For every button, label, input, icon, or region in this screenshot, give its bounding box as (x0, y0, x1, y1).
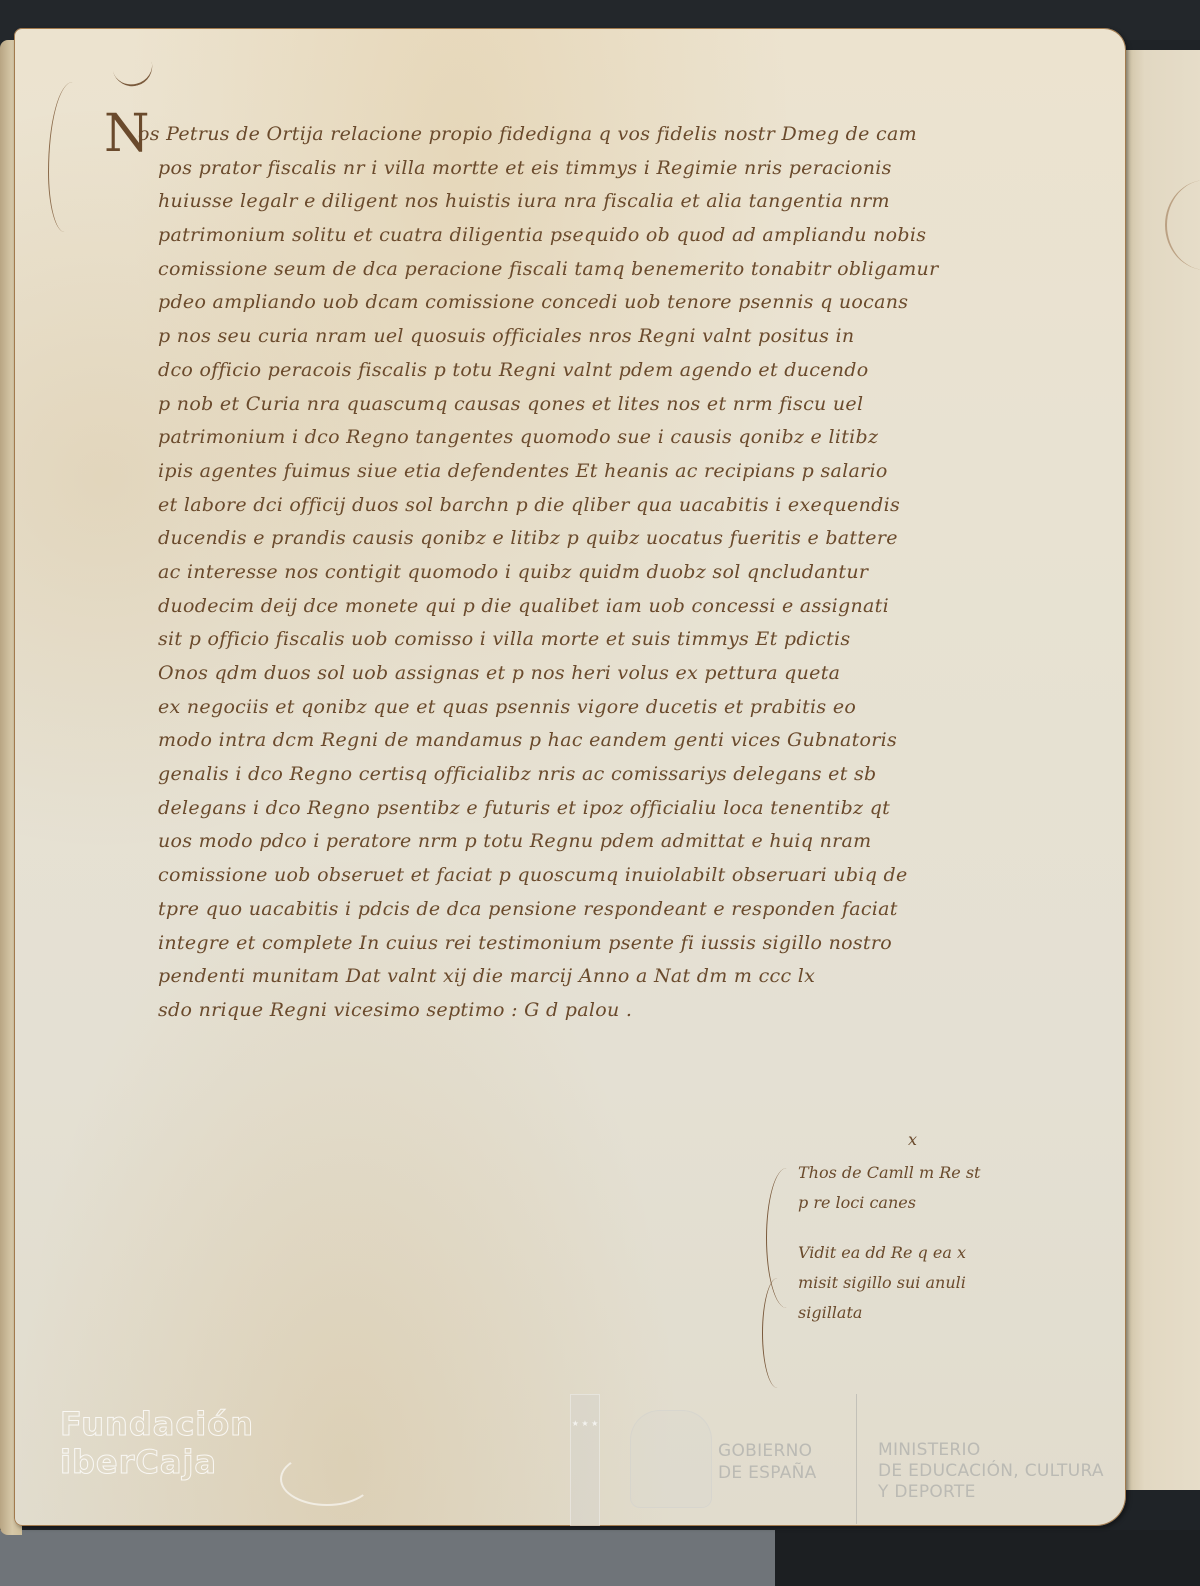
subscription-line: misit sigillo sui anuli (798, 1268, 1098, 1298)
illuminated-initial: N (104, 104, 150, 164)
ministerio-watermark: MINISTERIO DE EDUCACIÓN, CULTURA Y DEPOR… (878, 1440, 1104, 1503)
watermark-divider (856, 1394, 857, 1524)
text-line: os Petrus de Ortija relacione propio fid… (110, 118, 1110, 152)
text-line: ex negociis et qonibz que et quas psenni… (110, 691, 1110, 725)
text-line: duodecim deij dce monete qui p die quali… (110, 590, 1110, 624)
fundacion-ibercaja-watermark: Fundación iberCaja (60, 1405, 254, 1481)
text-line: ac interesse nos contigit quomodo i quib… (110, 556, 1110, 590)
text-line: huiusse legalr e diligent nos huistis iu… (110, 185, 1110, 219)
watermark-line: Fundación (60, 1405, 254, 1443)
watermark-line: DE ESPAÑA (718, 1462, 817, 1484)
text-line: uos modo pdco i peratore nrm p totu Regn… (110, 825, 1110, 859)
subscription-line: p re loci canes (798, 1188, 1098, 1218)
background-dark-surface (775, 1530, 1200, 1586)
text-line: tpre quo uacabitis i pdcis de dca pensio… (110, 893, 1110, 927)
text-line: pos prator fiscalis nr i villa mortte et… (110, 152, 1110, 186)
text-line: pdeo ampliando uob dcam comissione conce… (110, 286, 1110, 320)
text-line: comissione seum de dca peracione fiscali… (110, 253, 1110, 287)
ibercaja-logo-icon (280, 1452, 374, 1506)
subscription-line: sigillata (798, 1298, 1098, 1328)
subscription-mark: x (908, 1130, 917, 1149)
brace-flourish (762, 1278, 793, 1388)
text-line: dco officio peracois fiscalis p totu Reg… (110, 354, 1110, 388)
text-line: ipis agentes fuimus siue etia defendente… (110, 455, 1110, 489)
text-line: ducendis e prandis causis qonibz e litib… (110, 522, 1110, 556)
text-line: et labore dci officij duos sol barchn p … (110, 489, 1110, 523)
spain-flag-bar-icon: ★ ★ ★ (570, 1394, 600, 1526)
text-line: p nos seu curia nram uel quosuis officia… (110, 320, 1110, 354)
stars-icon: ★ ★ ★ (571, 1419, 599, 1428)
text-line: patrimonium solitu et cuatra diligentia … (110, 219, 1110, 253)
watermark-line: Y DEPORTE (878, 1482, 1104, 1503)
text-line: comissione uob obseruet et faciat p quos… (110, 859, 1110, 893)
ink-flourish (1165, 180, 1200, 270)
text-line: genalis i dco Regno certisq officialibz … (110, 758, 1110, 792)
manuscript-text: N os Petrus de Ortija relacione propio f… (110, 118, 1110, 1028)
text-line: pendenti munitam Dat valnt xij die marci… (110, 960, 1110, 994)
background-gray-surface (0, 1530, 775, 1586)
watermark-line: DE EDUCACIÓN, CULTURA (878, 1461, 1104, 1482)
text-line: p nob et Curia nra quascumq causas qones… (110, 388, 1110, 422)
subscription-notes: Thos de Camll m Re st p re loci canes Vi… (798, 1158, 1098, 1328)
text-line: integre et complete In cuius rei testimo… (110, 927, 1110, 961)
text-line: sdo nrique Regni vicesimo septimo : G d … (110, 994, 1110, 1028)
text-line: modo intra dcm Regni de mandamus p hac e… (110, 724, 1110, 758)
coat-of-arms-icon (630, 1410, 712, 1508)
gobierno-watermark: GOBIERNO DE ESPAÑA (718, 1440, 817, 1484)
text-line: delegans i dco Regno psentibz e futuris … (110, 792, 1110, 826)
text-line: sit p officio fiscalis uob comisso i vil… (110, 623, 1110, 657)
facing-page (1118, 50, 1200, 1490)
watermark-line: iberCaja (60, 1443, 254, 1481)
subscription-line: Vidit ea dd Re q ea x (798, 1238, 1098, 1268)
watermark-line: GOBIERNO (718, 1440, 817, 1462)
text-line: patrimonium i dco Regno tangentes quomod… (110, 421, 1110, 455)
subscription-line: Thos de Camll m Re st (798, 1158, 1098, 1188)
watermark-line: MINISTERIO (878, 1440, 1104, 1461)
text-line: Onos qdm duos sol uob assignas et p nos … (110, 657, 1110, 691)
